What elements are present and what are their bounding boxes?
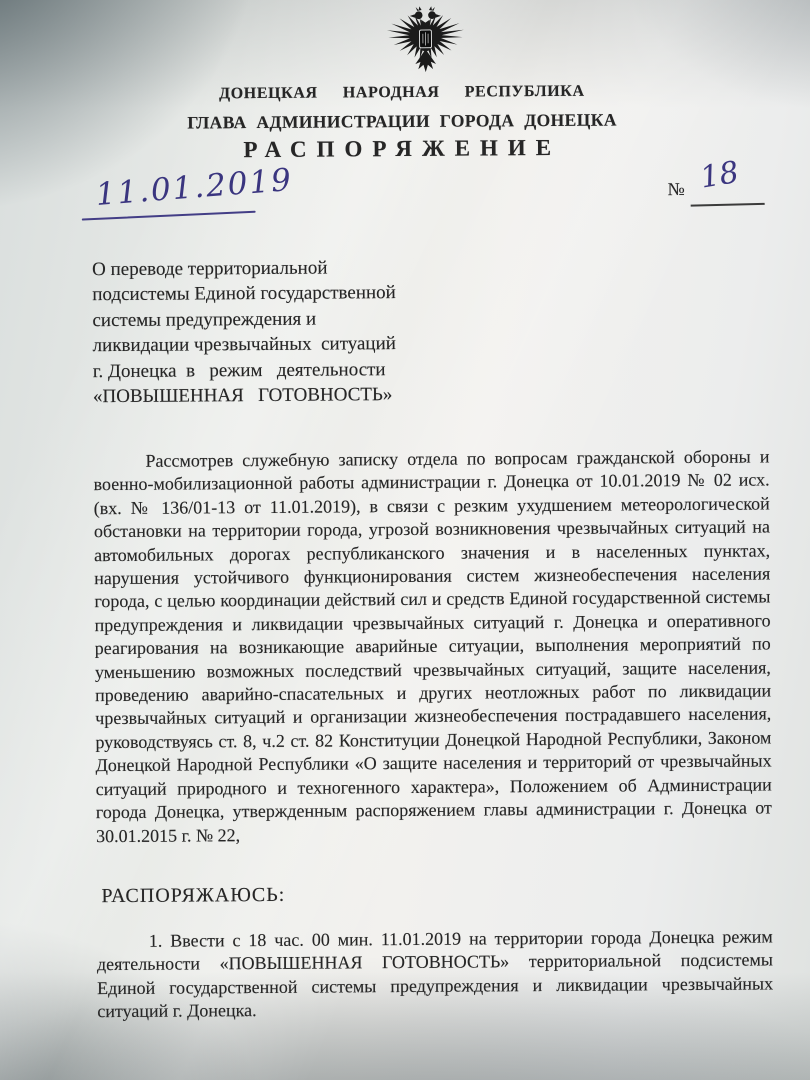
subject-block: О переводе территориальной подсистемы Ед… [92,255,397,410]
number-sign-label: № [667,179,684,200]
subject-line: «ПОВЫШЕННАЯ ГОТОВНОСТЬ» [93,382,397,410]
document-type-title: РАСПОРЯЖЕНИЕ [0,133,807,165]
preamble-paragraph: Рассмотрев служебную записку отдела по в… [93,445,772,848]
directive-document: ДОНЕЦКАЯ НАРОДНАЯ РЕСПУБЛИКА ГЛАВА АДМИН… [0,0,810,1080]
handwritten-date: 11.01.2019 [94,162,294,213]
document-photo: ДОНЕЦКАЯ НАРОДНАЯ РЕСПУБЛИКА ГЛАВА АДМИН… [0,0,810,1080]
subject-line: системы предупреждения и [92,306,396,334]
decree-word: РАСПОРЯЖАЮСЬ: [101,884,285,908]
double-headed-eagle-emblem-icon [380,5,471,80]
handwritten-number: 18 [698,155,741,196]
subject-line: О переводе территориальной [92,255,396,283]
decree-item-1: 1. Ввести с 18 час. 00 мин. 11.01.2019 н… [97,925,774,1023]
date-underline [82,211,256,221]
header-issuer-name: ГЛАВА АДМИНИСТРАЦИИ ГОРОДА ДОНЕЦКА [0,108,807,135]
subject-line: подсистемы Единой государственной [92,280,396,308]
subject-line: ликвидации чрезвычайных ситуаций [93,331,397,359]
number-underline [691,203,765,206]
subject-line: г. Донецка в режим деятельности [93,357,397,385]
header-country-name: ДОНЕЦКАЯ НАРОДНАЯ РЕСПУБЛИКА [0,81,807,105]
